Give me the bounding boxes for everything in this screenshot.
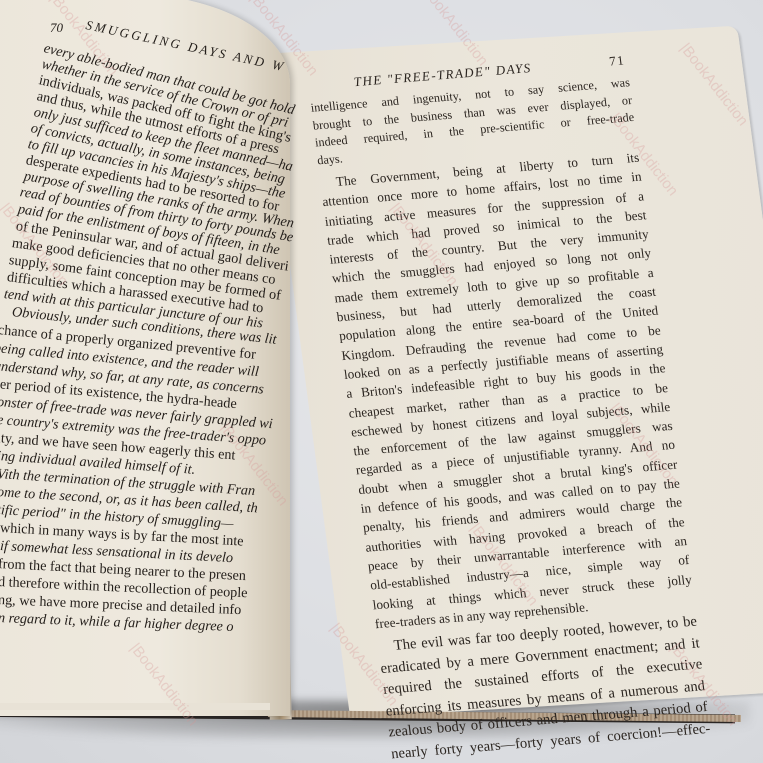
page-number: 71 (608, 52, 626, 69)
left-page-bottom-edge (0, 703, 270, 710)
book-photo: THE "FREE-TRADE" DAYS 71 intelligence an… (0, 0, 763, 763)
left-page-text: 70 SMUGGLING DAYS AND W every able-bodie… (0, 0, 300, 600)
paragraph-3: The evil was far too deeply rooted, howe… (377, 612, 712, 763)
paragraph-2: The Government, being at liberty to turn… (319, 148, 695, 634)
page-number: 70 (50, 20, 63, 36)
